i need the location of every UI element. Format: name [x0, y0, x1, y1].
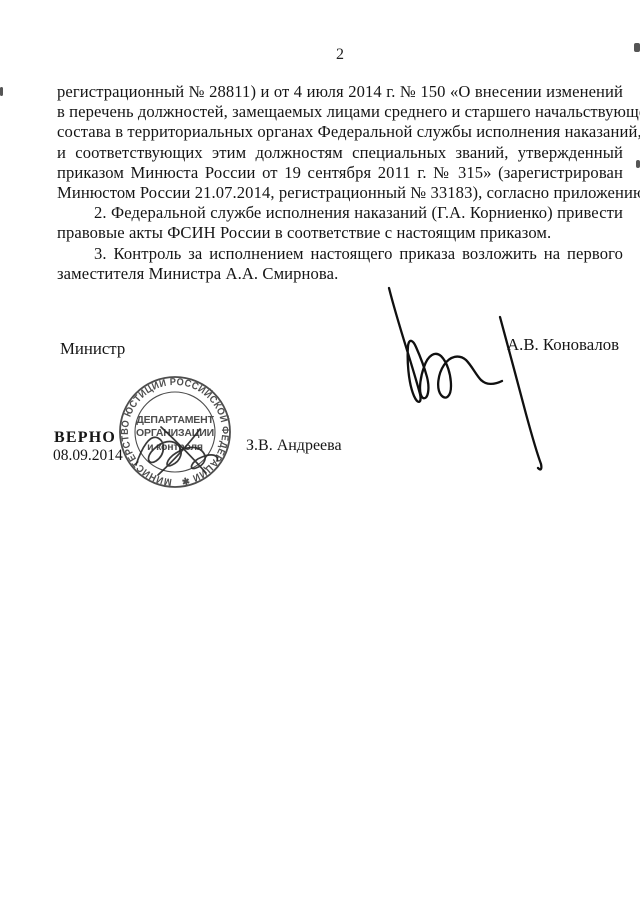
- text-line: приказом Минюста России от 19 сентября 2…: [57, 163, 623, 183]
- text-line: 3. Контроль за исполнением настоящего пр…: [57, 244, 623, 264]
- text-line: правовые акты ФСИН России в соответствие…: [57, 223, 623, 243]
- text-line: Минюстом России 21.07.2014, регистрацион…: [57, 183, 623, 203]
- text-line: состава в территориальных органах Федера…: [57, 122, 623, 142]
- body-text: регистрационный № 28811) и от 4 июля 201…: [57, 82, 623, 284]
- minister-name: А.В. Коновалов: [507, 335, 619, 355]
- scan-artifact: [634, 43, 640, 52]
- text-line: регистрационный № 28811) и от 4 июля 201…: [57, 82, 623, 102]
- scan-artifact: [0, 87, 3, 96]
- text-line: заместителя Министра А.А. Смирнова.: [57, 264, 623, 284]
- certified-date: 08.09.2014: [53, 447, 123, 465]
- text-line: в перечень должностей, замещаемых лицами…: [57, 102, 623, 122]
- page-number: 2: [57, 46, 623, 64]
- text-line: 2. Федеральной службе исполнения наказан…: [57, 203, 623, 223]
- certified-label: ВЕРНО: [54, 429, 116, 447]
- stamp-center-line-1: ДЕПАРТАМЕНТ: [136, 414, 214, 426]
- paper-background: 2 регистрационный № 28811) и от 4 июля 2…: [0, 0, 640, 905]
- document-page: { "page_number": "2", "body": { "p1": { …: [0, 0, 640, 905]
- minister-signature: [378, 284, 553, 484]
- certifier-name: З.В. Андреева: [246, 437, 342, 455]
- stamp-center-line-3: и контроля: [147, 441, 203, 453]
- text-line: и соответствующих этим должностям специа…: [57, 143, 623, 163]
- scan-artifact: [636, 160, 640, 168]
- official-stamp: МИНИСТЕРСТВО ЮСТИЦИИ РОССИЙСКОЙ ФЕДЕРАЦИ…: [116, 372, 236, 494]
- stamp-center-line-2: ОРГАНИЗАЦИИ: [136, 427, 214, 439]
- minister-title: Министр: [60, 339, 125, 359]
